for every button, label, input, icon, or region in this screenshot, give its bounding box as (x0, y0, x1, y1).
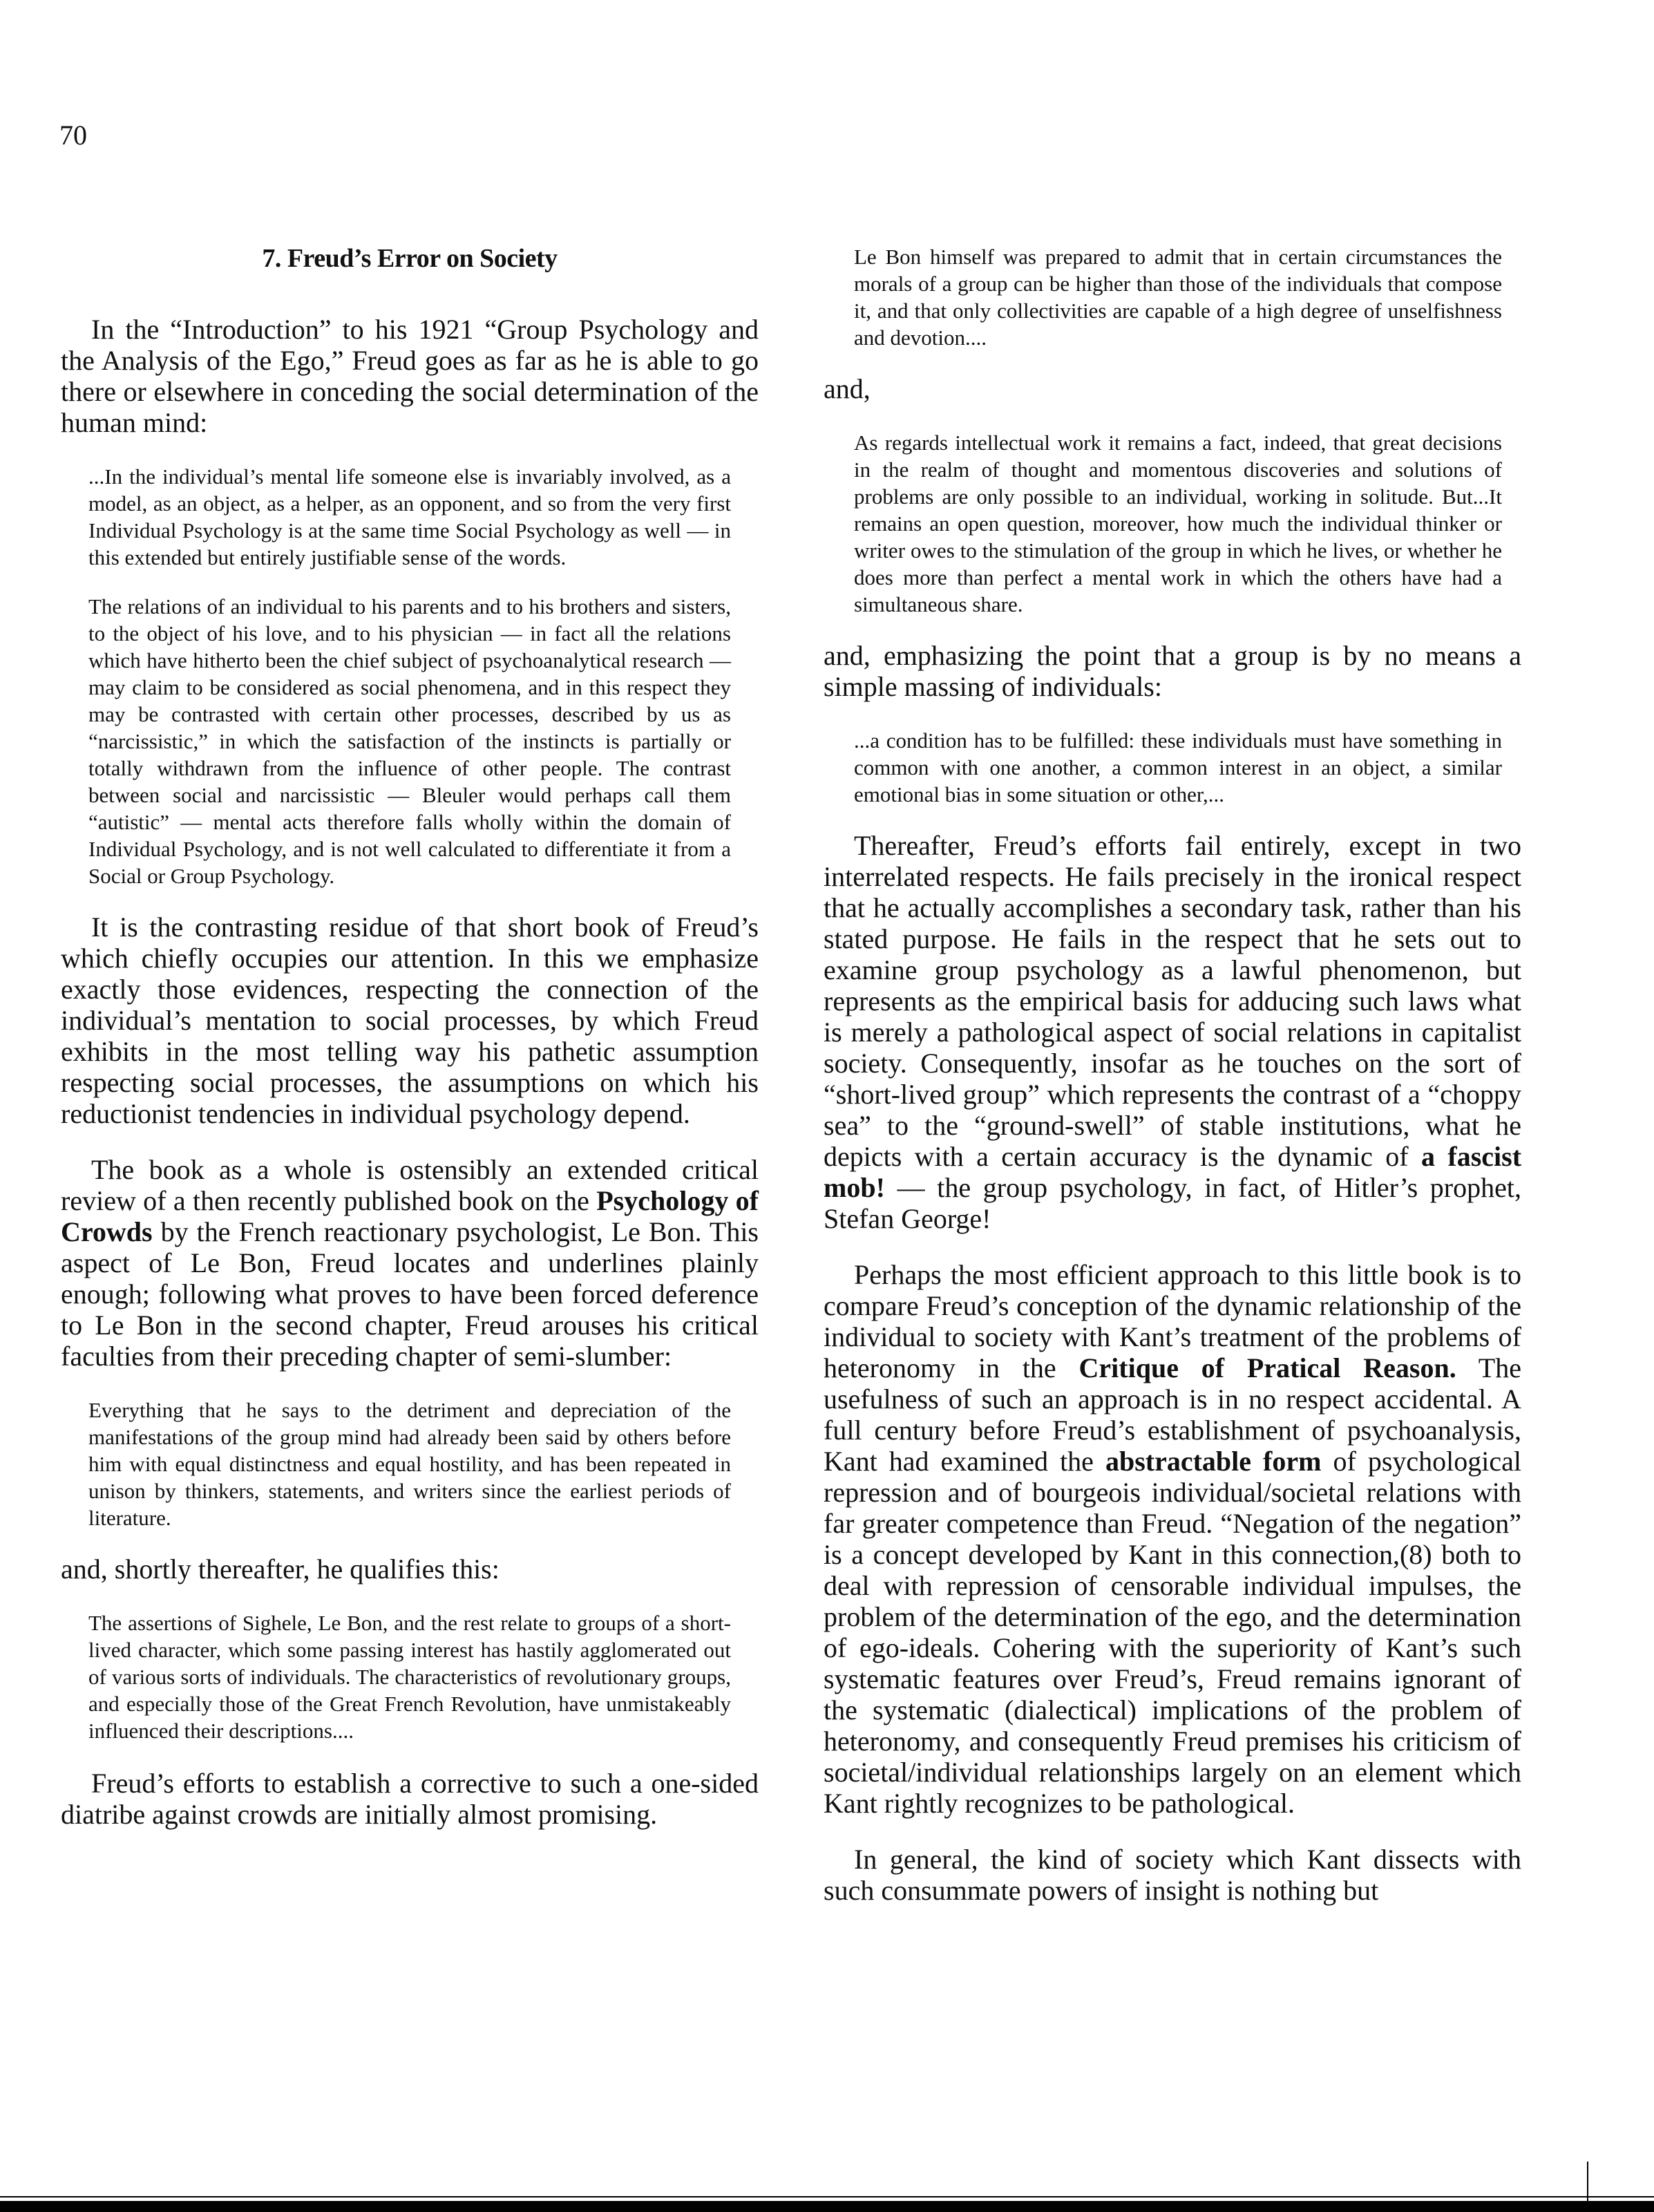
block-quote: Le Bon himself was prepared to admit tha… (824, 243, 1521, 351)
section-heading: 7. Freud’s Error on Society (61, 243, 759, 274)
paragraph: and, (824, 373, 1521, 404)
paragraph: In the “Introduction” to his 1921 “Group… (61, 314, 759, 438)
left-column: 7. Freud’s Error on Society In the “Intr… (61, 243, 759, 1855)
block-quote: The relations of an individual to his pa… (61, 593, 759, 889)
scan-edge-bar (0, 2201, 1654, 2212)
scan-edge-rule (0, 2196, 1654, 2197)
book-title-emphasis: Critique of Pratical Reason. (1079, 1352, 1456, 1383)
paragraph: In general, the kind of society which Ka… (824, 1844, 1521, 1906)
block-quote: As regards intellectual work it remains … (824, 429, 1521, 618)
block-quote: ...a condition has to be fulfilled: thes… (824, 727, 1521, 808)
block-quote: ...In the individual’s mental life someo… (61, 463, 759, 571)
emphasis: abstractable form (1105, 1446, 1322, 1477)
paragraph: and, shortly thereafter, he qualifies th… (61, 1553, 759, 1585)
block-quote: The assertions of Sighele, Le Bon, and t… (61, 1609, 759, 1744)
paragraph: It is the contrasting residue of that sh… (61, 911, 759, 1129)
paragraph: and, emphasizing the point that a group … (824, 640, 1521, 702)
page-number: 70 (59, 119, 87, 151)
paragraph: Perhaps the most efficient approach to t… (824, 1259, 1521, 1819)
paragraph: Freud’s efforts to establish a correctiv… (61, 1768, 759, 1830)
right-column: Le Bon himself was prepared to admit tha… (824, 243, 1521, 1931)
paragraph: The book as a whole is ostensibly an ext… (61, 1154, 759, 1372)
block-quote: Everything that he says to the detriment… (61, 1397, 759, 1531)
paragraph: Thereafter, Freud’s efforts fail entirel… (824, 830, 1521, 1234)
